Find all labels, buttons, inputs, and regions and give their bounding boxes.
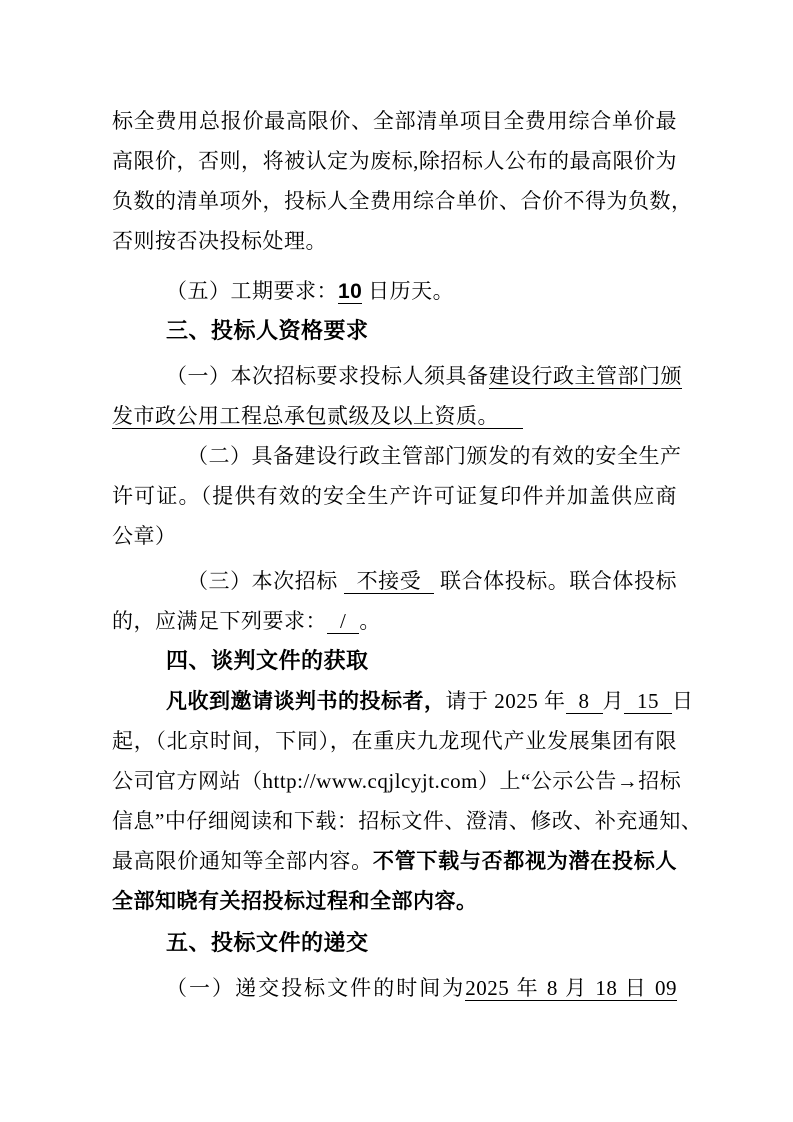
- acquisition-line: 全部知晓有关招投标过程和全部内容。: [112, 881, 677, 921]
- body-text: （五）工期要求：: [166, 279, 338, 303]
- body-text: 负数的清单项外，投标人全费用综合单价、合价不得为负数，: [112, 189, 693, 213]
- duration-value: 10: [338, 280, 362, 304]
- body-text: 月: [603, 689, 625, 713]
- bold-notice-text: 全部知晓有关招投标过程和全部内容。: [112, 890, 478, 913]
- body-text: 。: [359, 609, 381, 633]
- body-text: （二）具备建设行政主管部门颁发的有效的安全生产: [187, 444, 682, 468]
- body-text: （三）本次招标: [187, 569, 344, 593]
- consortium-requirement-value: /: [327, 609, 359, 634]
- qualification-item-1-line: （一）本次招标要求投标人须具备建设行政主管部门颁: [112, 356, 677, 396]
- body-text: 标全费用总报价最高限价、全部清单项目全费用综合单价最: [112, 109, 677, 133]
- body-line: 标全费用总报价最高限价、全部清单项目全费用综合单价最: [112, 101, 677, 141]
- acquisition-line: 信息”中仔细阅读和下载：招标文件、澄清、修改、补充通知、: [112, 801, 677, 841]
- qualification-item-2-line: 许可证。（提供有效的安全生产许可证复印件并加盖供应商: [112, 476, 677, 516]
- website-url-text: 公司官方网站（http://www.cqjlcyjt.com）上“公示公告→招标: [112, 769, 681, 793]
- underlined-requirement: 建设行政主管部门颁: [489, 364, 683, 389]
- body-line: 否则按否决投标处理。: [112, 221, 677, 261]
- acquisition-line: 最高限价通知等全部内容。不管下载与否都视为潜在投标人: [112, 841, 677, 881]
- heading-text: 四、谈判文件的获取: [166, 648, 369, 673]
- section-heading-submission: 五、投标文件的递交: [112, 923, 677, 963]
- document-content: 标全费用总报价最高限价、全部清单项目全费用综合单价最 高限价，否则，将被认定为废…: [112, 0, 677, 1008]
- body-text: 起，（北京时间，下同），在重庆九龙现代产业发展集团有限: [112, 729, 677, 753]
- body-line: 高限价，否则，将被认定为废标,除招标人公布的最高限价为: [112, 141, 677, 181]
- day-value: 15: [624, 689, 672, 714]
- qualification-item-2-line: 公章）: [112, 516, 677, 556]
- acquisition-line: 起，（北京时间，下同），在重庆九龙现代产业发展集团有限: [112, 721, 677, 761]
- body-text: 否则按否决投标处理。: [112, 229, 327, 253]
- underlined-requirement: 发市政公用工程总承包贰级及以上资质。: [112, 404, 523, 429]
- body-text: （一）递交投标文件的时间为: [166, 976, 465, 1000]
- heading-text: 五、投标文件的递交: [166, 930, 369, 955]
- submission-time-line: （一）递交投标文件的时间为2025 年 8 月 18 日 09: [112, 968, 677, 1008]
- bold-notice-text: 凡收到邀请谈判书的投标者，: [166, 690, 446, 713]
- body-text: 请于 2025 年: [446, 689, 566, 713]
- document-page: 标全费用总报价最高限价、全部清单项目全费用综合单价最 高限价，否则，将被认定为废…: [0, 0, 793, 1122]
- body-text: 的，应满足下列要求：: [112, 609, 327, 633]
- body-text: 公章）: [112, 524, 177, 548]
- body-text: 联合体投标。联合体投标: [434, 569, 677, 593]
- qualification-item-3-line: （三）本次招标 不接受 联合体投标。联合体投标: [112, 561, 677, 601]
- section-heading-acquisition: 四、谈判文件的获取: [112, 641, 677, 681]
- section-heading-qualifications: 三、投标人资格要求: [112, 311, 677, 351]
- body-text: 信息”中仔细阅读和下载：招标文件、澄清、修改、补充通知、: [112, 809, 702, 833]
- month-value: 8: [566, 689, 603, 714]
- acquisition-line: 凡收到邀请谈判书的投标者，请于 2025 年8月15日: [112, 681, 677, 721]
- body-text: 许可证。（提供有效的安全生产许可证复印件并加盖供应商: [112, 484, 677, 508]
- consortium-accept-value: 不接受: [344, 569, 435, 594]
- body-text: 最高限价通知等全部内容。: [112, 849, 373, 873]
- qualification-item-3-line: 的，应满足下列要求：/。: [112, 601, 677, 641]
- body-text: 日历天。: [362, 279, 454, 303]
- acquisition-line: 公司官方网站（http://www.cqjlcyjt.com）上“公示公告→招标: [112, 761, 677, 801]
- body-line: 负数的清单项外，投标人全费用综合单价、合价不得为负数，: [112, 181, 677, 221]
- heading-text: 三、投标人资格要求: [166, 318, 369, 343]
- body-text: （一）本次招标要求投标人须具备: [166, 364, 489, 388]
- bold-notice-text: 不管下载与否都视为潜在投标人: [373, 850, 677, 873]
- qualification-item-2-line: （二）具备建设行政主管部门颁发的有效的安全生产: [112, 436, 677, 476]
- body-text: 高限价，否则，将被认定为废标,除招标人公布的最高限价为: [112, 149, 677, 173]
- submission-datetime-value: 2025 年 8 月 18 日 09: [465, 976, 677, 1001]
- qualification-item-1-line: 发市政公用工程总承包贰级及以上资质。: [112, 396, 677, 436]
- duration-requirement-line: （五）工期要求：10 日历天。: [112, 271, 677, 311]
- body-text: 日: [672, 689, 694, 713]
